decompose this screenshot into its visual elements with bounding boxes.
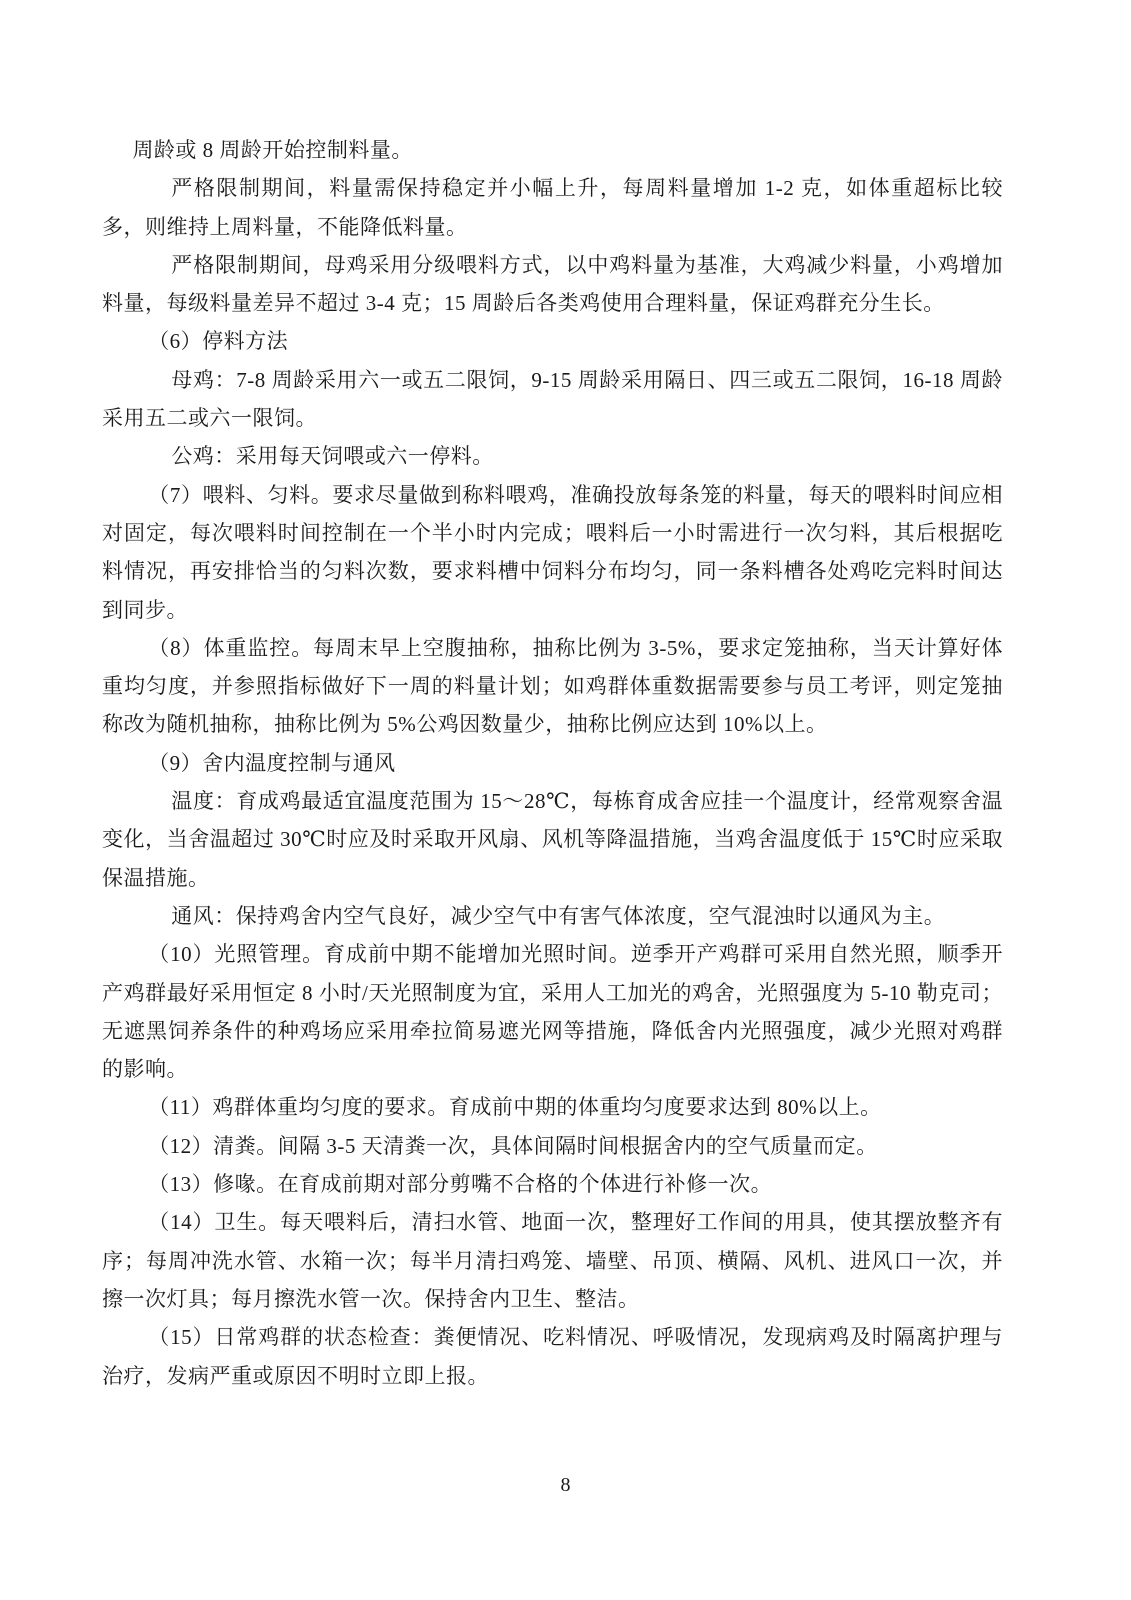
page-footer: 8	[0, 1472, 1131, 1498]
numbered-item-13: （13）修喙。在育成前期对部分剪嘴不合格的个体进行补修一次。	[102, 1165, 1003, 1203]
numbered-item-6: （6）停料方法	[102, 322, 1003, 360]
document-page: 周龄或 8 周龄开始控制料量。 严格限制期间，料量需保持稳定并小幅上升，每周料量…	[0, 0, 1131, 1600]
body-paragraph: 公鸡：采用每天饲喂或六一停料。	[102, 437, 1003, 475]
body-paragraph: 通风：保持鸡舍内空气良好，减少空气中有害气体浓度，空气混浊时以通风为主。	[102, 897, 1003, 935]
numbered-item-8: （8）体重监控。每周末早上空腹抽称，抽称比例为 3-5%，要求定笼抽称，当天计算…	[102, 629, 1003, 744]
numbered-item-12: （12）清粪。间隔 3-5 天清粪一次，具体间隔时间根据舍内的空气质量而定。	[102, 1127, 1003, 1165]
text-block: 周龄或 8 周龄开始控制料量。 严格限制期间，料量需保持稳定并小幅上升，每周料量…	[102, 131, 1003, 1395]
body-paragraph: 温度：育成鸡最适宜温度范围为 15～28℃，每栋育成舍应挂一个温度计，经常观察舍…	[102, 782, 1003, 897]
body-paragraph: 严格限制期间，料量需保持稳定并小幅上升，每周料量增加 1-2 克，如体重超标比较…	[102, 169, 1003, 246]
numbered-item-14: （14）卫生。每天喂料后，清扫水管、地面一次，整理好工作间的用具，使其摆放整齐有…	[102, 1203, 1003, 1318]
numbered-item-7: （7）喂料、匀料。要求尽量做到称料喂鸡，准确投放每条笼的料量，每天的喂料时间应相…	[102, 476, 1003, 629]
numbered-item-15: （15）日常鸡群的状态检查：粪便情况、吃料情况、呼吸情况，发现病鸡及时隔离护理与…	[102, 1318, 1003, 1395]
numbered-item-9: （9）舍内温度控制与通风	[102, 744, 1003, 782]
paragraph-continued-from-previous-page: 周龄或 8 周龄开始控制料量。	[102, 131, 1003, 169]
body-paragraph: 母鸡：7-8 周龄采用六一或五二限饲，9-15 周龄采用隔日、四三或五二限饲，1…	[102, 361, 1003, 438]
numbered-item-10: （10）光照管理。育成前中期不能增加光照时间。逆季开产鸡群可采用自然光照，顺季开…	[102, 935, 1003, 1088]
numbered-item-11: （11）鸡群体重均匀度的要求。育成前中期的体重均匀度要求达到 80%以上。	[102, 1088, 1003, 1126]
body-paragraph: 严格限制期间，母鸡采用分级喂料方式，以中鸡料量为基准，大鸡减少料量，小鸡增加料量…	[102, 246, 1003, 323]
page-number: 8	[561, 1474, 571, 1496]
